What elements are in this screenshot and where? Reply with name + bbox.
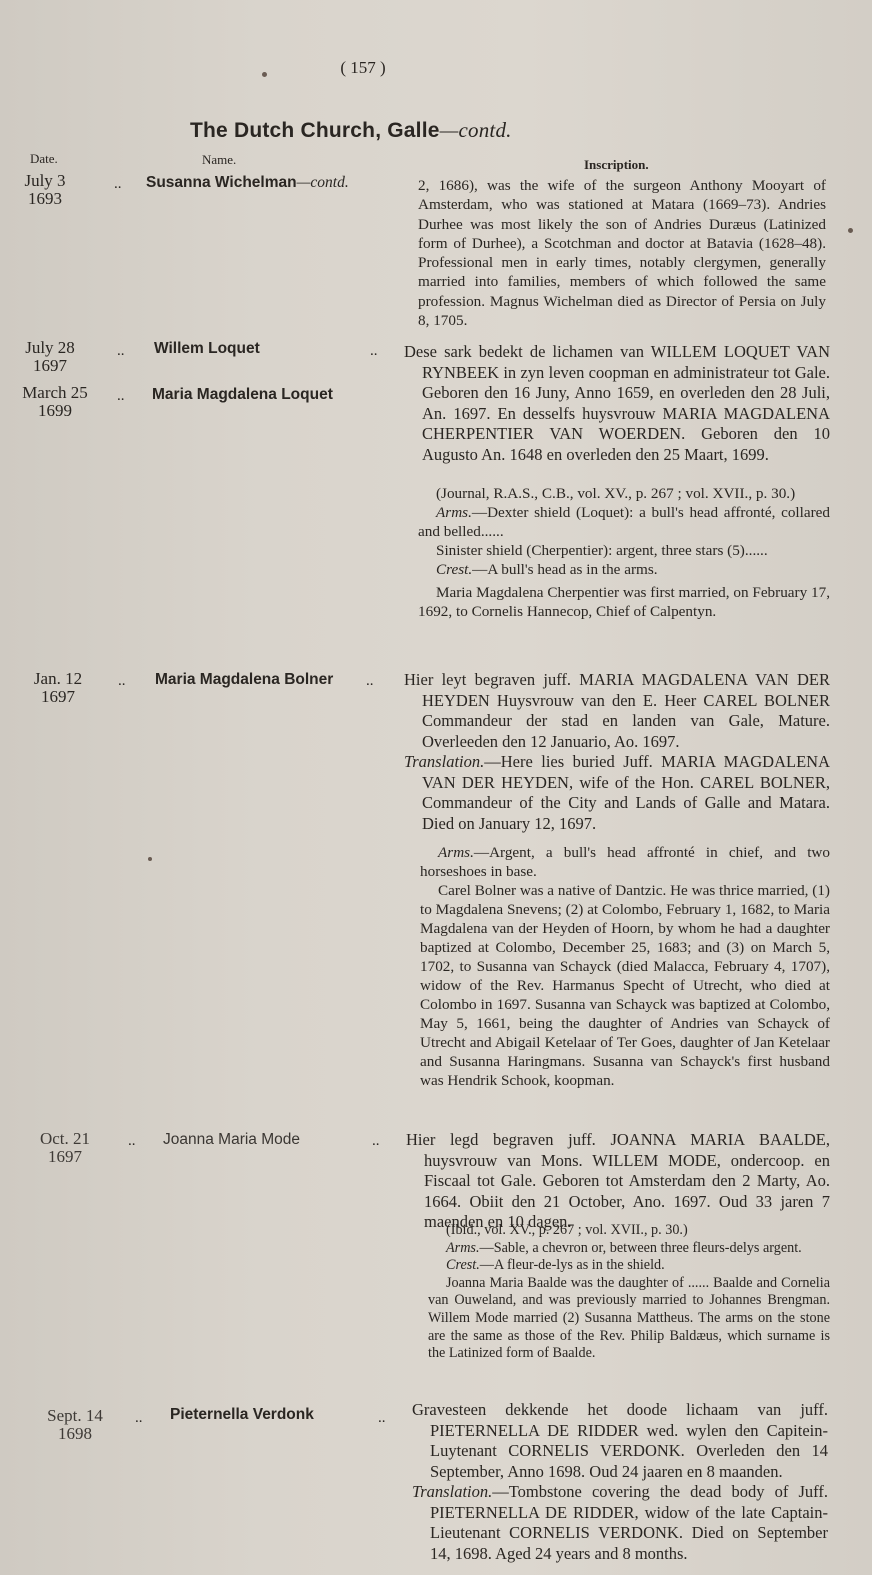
leader-dots: .. bbox=[135, 1410, 143, 1427]
leader-dots: .. bbox=[118, 673, 126, 690]
entry-date: March 251699 bbox=[10, 384, 100, 420]
leader-dots: .. bbox=[370, 343, 378, 360]
entry-inscription: Dese sark bedekt de lichamen van WILLEM … bbox=[404, 342, 830, 465]
leader-dots: .. bbox=[114, 176, 122, 193]
page-title: The Dutch Church, Galle—contd. bbox=[190, 118, 512, 143]
column-header-inscription: Inscription. bbox=[584, 157, 649, 173]
paper-spot bbox=[848, 228, 853, 233]
leader-dots: .. bbox=[378, 1410, 386, 1427]
leader-dots: .. bbox=[366, 673, 374, 690]
entry-name: Joanna Maria Mode bbox=[163, 1131, 300, 1149]
leader-dots: .. bbox=[117, 388, 125, 405]
leader-dots: .. bbox=[117, 343, 125, 360]
entry-name: Susanna Wichelman—contd. bbox=[146, 174, 349, 192]
paper-spot bbox=[148, 857, 152, 861]
entry-date: Sept. 141698 bbox=[40, 1407, 110, 1443]
entry-inscription: 2, 1686), was the wife of the surgeon An… bbox=[418, 176, 826, 330]
entry-notes: (Ibid., vol. XV., p. 267 ; vol. XVII., p… bbox=[428, 1222, 830, 1363]
entry-date: July 281697 bbox=[18, 339, 82, 375]
entry-notes: (Journal, R.A.S., C.B., vol. XV., p. 267… bbox=[418, 484, 830, 621]
leader-dots: .. bbox=[128, 1133, 136, 1150]
entry-name: Willem Loquet bbox=[154, 340, 260, 358]
entry-name: Maria Magdalena Loquet bbox=[152, 386, 333, 404]
entry-inscription: Hier leyt begraven juff. MARIA MAGDALENA… bbox=[404, 670, 830, 834]
page-number: ( 157 ) bbox=[0, 58, 726, 78]
leader-dots: .. bbox=[372, 1133, 380, 1150]
entry-inscription: Gravesteen dekkende het doode lichaam va… bbox=[412, 1400, 828, 1564]
column-header-date: Date. bbox=[30, 151, 58, 167]
entry-notes: Arms.—Argent, a bull's head affronté in … bbox=[420, 843, 830, 1090]
entry-name: Pieternella Verdonk bbox=[170, 1406, 314, 1424]
entry-date: July 31693 bbox=[14, 172, 76, 208]
entry-name: Maria Magdalena Bolner bbox=[155, 671, 333, 689]
entry-inscription: Hier legd begraven juff. JOANNA MARIA BA… bbox=[406, 1130, 830, 1233]
entry-date: Jan. 121697 bbox=[26, 670, 90, 706]
entry-date: Oct. 211697 bbox=[30, 1130, 100, 1166]
column-header-name: Name. bbox=[202, 152, 236, 168]
